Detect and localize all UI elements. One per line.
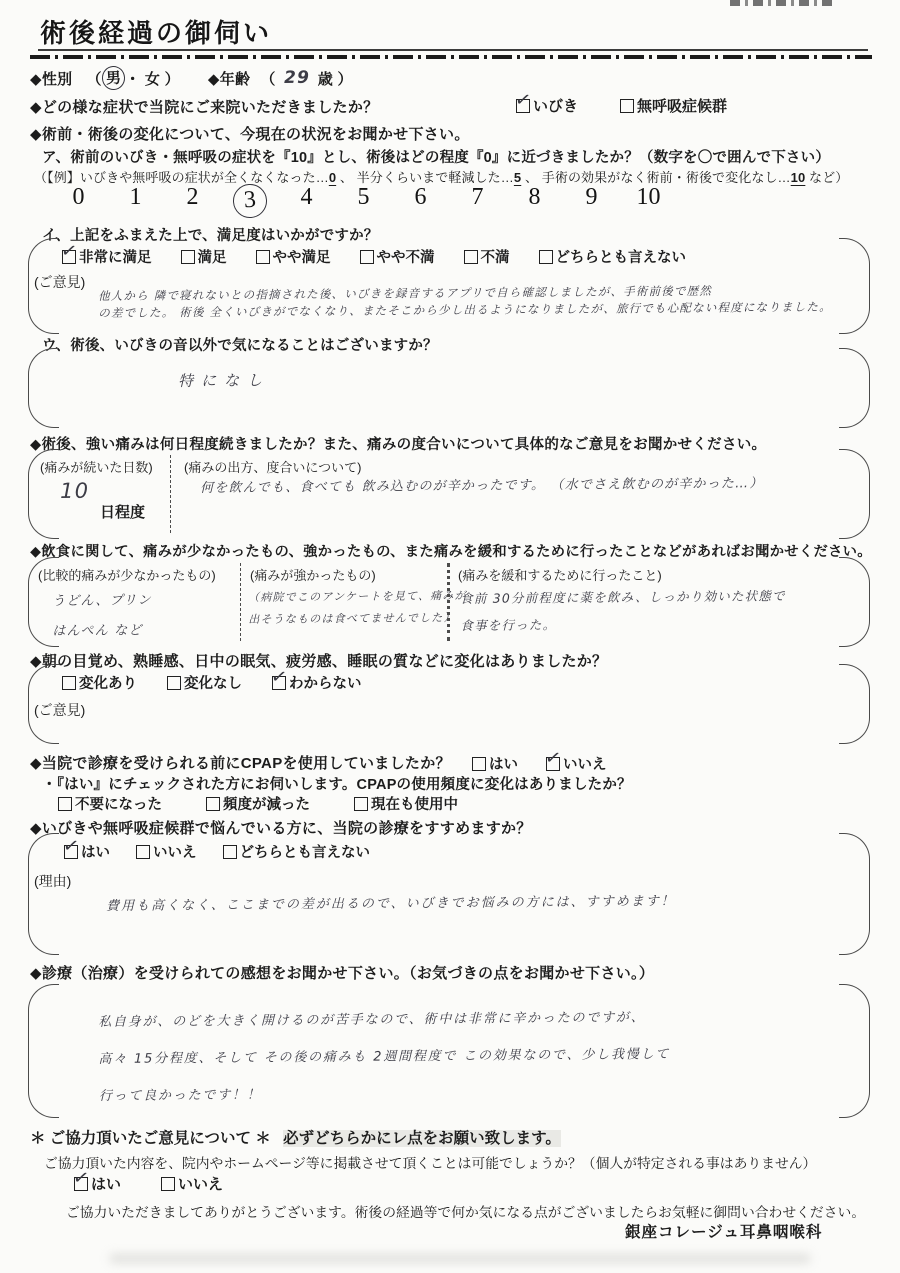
checkbox-dissatisfied[interactable] (464, 250, 478, 264)
option-label: 不要になった (75, 793, 162, 814)
recommend-option[interactable]: どちらとも言えない (223, 841, 371, 862)
option-label: 満足 (198, 246, 227, 267)
sleep-option[interactable]: わからない (272, 672, 362, 693)
pain-days-value-handwritten: 10 (60, 479, 89, 503)
symptom-option-ibiki[interactable]: いびき (516, 95, 578, 116)
scale-number-4[interactable]: 4 (278, 184, 335, 218)
thanks-line: ご協力いただきましてありがとうございます。術後の経過等で何か気になる点がございま… (66, 1201, 865, 1221)
consent-option-yes[interactable]: はい (74, 1173, 121, 1194)
dash-dot-rule (30, 55, 872, 59)
satisfaction-options: 非常に満足 満足 やや満足 やや不満 不満 どちらとも言えない (62, 246, 686, 267)
sleep-opinion-label: (ご意見) (34, 700, 85, 720)
scale-number-6[interactable]: 6 (392, 184, 449, 218)
option-label: どちらとも言えない (556, 246, 687, 267)
eating-more-label: (痛みが強かったもの) (250, 565, 376, 584)
option-label: 非常に満足 (79, 246, 152, 267)
symptom-options: いびき 無呼吸症候群 (516, 95, 727, 116)
cpap-sub-options: 不要になった 頻度が減った 現在も使用中 (58, 793, 458, 814)
consent-option-no[interactable]: いいえ (161, 1173, 223, 1194)
eating-box: (比較的痛みが少なかったもの) うどん、プリン はんぺん など (痛みが強かった… (28, 557, 870, 647)
checkbox-somewhat-dissatisfied[interactable] (360, 250, 374, 264)
footer-note-line: ＊ ご協力頂いたご意見について ＊ 必ずどちらかにレ点をお願い致します。 (30, 1126, 561, 1148)
option-label: どちらとも言えない (240, 841, 371, 862)
gender-rest: ・ 女 ） (125, 68, 180, 89)
pain-box: (痛みが続いた日数) 10 日程度 (痛みの出方、度合いについて) 何を飲んでも… (28, 449, 870, 539)
checkbox-cpap-no[interactable] (546, 757, 560, 771)
eating-divider-2 (447, 563, 450, 641)
footer-note-strong: 必ずどちらかにレ点をお願い致します。 (283, 1130, 561, 1147)
option-label: はい (91, 1173, 121, 1194)
checkbox-recommend-no[interactable] (136, 845, 150, 859)
opinion-label: (ご意見) (34, 272, 85, 292)
satisfaction-option[interactable]: やや満足 (256, 246, 331, 267)
cpap-row: ◆当院で診療を受けられる前にCPAPを使用していましたか？ はい いいえ (30, 752, 870, 773)
pain-days-label: (痛みが続いた日数) (40, 457, 153, 476)
option-label: はい (81, 841, 110, 862)
recommend-options: はい いいえ どちらとも言えない (64, 841, 370, 862)
example-part3: 、 手術の効果がなく術前・術後で変化なし… (521, 170, 790, 185)
consent-options: はい いいえ (74, 1173, 223, 1194)
other-concerns-box: 特になし (28, 348, 870, 428)
scale-number-2[interactable]: 2 (164, 184, 221, 218)
gender-male-circled[interactable]: 男 (101, 65, 126, 90)
age-close: 歳 ） (318, 68, 353, 89)
checkbox-neither[interactable] (539, 250, 553, 264)
scale-number-5[interactable]: 5 (335, 184, 392, 218)
symptom-question: ◆どの様な症状で当院にご来院いただきましたか？ (30, 96, 378, 117)
example-part2: 、 半分くらいまで軽減した… (336, 170, 514, 185)
checkbox-ibiki[interactable] (516, 99, 530, 113)
scale-number-8[interactable]: 8 (506, 184, 563, 218)
reason-label: (理由) (34, 871, 71, 891)
age-value-handwritten: 29 (284, 68, 310, 88)
checkbox-very-satisfied[interactable] (62, 250, 76, 264)
pain-days-unit: 日程度 (100, 501, 145, 522)
cpap-sub-option[interactable]: 不要になった (58, 793, 162, 814)
age-paren-open: （ (260, 68, 275, 89)
change-question-a: ア、術前のいびき・無呼吸の症状を『10』とし、術後はどの程度『0』に近づきました… (42, 146, 830, 167)
example-num-10: 10 (791, 170, 806, 185)
gender-age-row: ◆性別 （ 男 ・ 女 ） ◆年齢 （ 29 歳 ） (30, 66, 353, 90)
footer-note-prefix: ＊ ご協力頂いたご意見について ＊ (30, 1130, 271, 1147)
sleep-options: 変化あり 変化なし わからない (62, 672, 362, 693)
scan-cutoff-mark (730, 0, 835, 6)
checkbox-somewhat-satisfied[interactable] (256, 250, 270, 264)
scale-number-3-wrap[interactable]: 3 (221, 184, 278, 218)
clinic-name: 銀座コレージュ耳鼻咽喉科 (625, 1220, 822, 1242)
scale-number-7[interactable]: 7 (449, 184, 506, 218)
pain-box-divider (170, 455, 171, 533)
change-heading: ◆術前・術後の変化について、今現在の状況をお聞かせ下さい。 (30, 123, 470, 144)
checkbox-no-change[interactable] (167, 676, 181, 690)
scan-smudge (110, 1254, 810, 1263)
checkbox-cpap-yes[interactable] (472, 757, 486, 771)
satisfaction-option[interactable]: 不満 (464, 246, 510, 267)
recommend-box: はい いいえ どちらとも言えない (理由) 費用も高くなく、ここまでの差が出るの… (28, 833, 870, 955)
option-label: 頻度が減った (223, 793, 310, 814)
checkbox-unknown[interactable] (272, 676, 286, 690)
consent-question: ご協力頂いた内容を、院内やホームページ等に掲載させて頂くことは可能でしょうか？（… (44, 1152, 816, 1172)
option-label: 不満 (481, 246, 510, 267)
satisfaction-option[interactable]: どちらとも言えない (539, 246, 687, 267)
recommend-option[interactable]: いいえ (136, 841, 197, 862)
eating-relief-label: (痛みを緩和するために行ったこと) (458, 565, 662, 584)
scale-number-9[interactable]: 9 (563, 184, 620, 218)
checkbox-consent-yes[interactable] (74, 1177, 88, 1191)
option-label: はい (489, 753, 518, 774)
cpap-option-yes[interactable]: はい (472, 753, 518, 774)
eating-less-label: (比較的痛みが少なかったもの) (38, 565, 216, 584)
option-label: いいえ (178, 1173, 223, 1194)
symptom-option-label: いびき (533, 95, 578, 116)
symptom-option-label: 無呼吸症候群 (637, 95, 727, 116)
checkbox-less-frequent[interactable] (206, 797, 220, 811)
option-label: わからない (289, 672, 362, 693)
checkbox-consent-no[interactable] (161, 1177, 175, 1191)
cpap-sub-option[interactable]: 現在も使用中 (354, 793, 458, 814)
gender-paren-open: （ (86, 68, 101, 89)
symptom-option-apnea[interactable]: 無呼吸症候群 (620, 95, 727, 116)
option-label: やや不満 (377, 246, 435, 267)
pain-detail-label: (痛みの出方、度合いについて) (184, 457, 361, 476)
option-label: やや満足 (273, 246, 331, 267)
cpap-option-no[interactable]: いいえ (546, 753, 607, 774)
checkbox-recommend-yes[interactable] (64, 845, 78, 859)
option-label: 変化あり (79, 672, 137, 693)
satisfaction-box: 非常に満足 満足 やや満足 やや不満 不満 どちらとも言えない (ご意見) 他人… (28, 238, 870, 334)
example-part4: など） (805, 170, 848, 185)
option-label: いいえ (153, 841, 197, 862)
eating-less-handwritten: うどん、プリン はんぺん など (52, 586, 152, 647)
checkbox-still-using[interactable] (354, 797, 368, 811)
satisfaction-option[interactable]: 満足 (181, 246, 227, 267)
checkbox-recommend-neither[interactable] (223, 845, 237, 859)
page-title: 術後経過の御伺い (40, 13, 272, 50)
severity-scale: 0 1 2 3 4 5 6 7 8 9 10 (50, 184, 677, 218)
sleep-box: 変化あり 変化なし わからない (ご意見) (28, 664, 870, 744)
impression-handwritten: 私自身が、のどを大きく開けるのが苦手なので、術中は非常に辛かったのですが、 高々… (98, 998, 839, 1115)
recommend-option[interactable]: はい (64, 841, 110, 862)
scale-number-3-circled[interactable]: 3 (231, 183, 267, 219)
scale-number-1[interactable]: 1 (107, 184, 164, 218)
checkbox-no-longer-needed[interactable] (58, 797, 72, 811)
sleep-option[interactable]: 変化あり (62, 672, 137, 693)
sleep-option[interactable]: 変化なし (167, 672, 242, 693)
gender-label: ◆性別 (30, 68, 72, 89)
checkbox-apnea[interactable] (620, 99, 634, 113)
cpap-sub-option[interactable]: 頻度が減った (206, 793, 310, 814)
scanned-questionnaire-page: 術後経過の御伺い ◆性別 （ 男 ・ 女 ） ◆年齢 （ 29 歳 ） ◆どの様… (0, 0, 900, 1273)
option-label: 変化なし (184, 672, 242, 693)
impression-heading: ◆診療（治療）を受けられての感想をお聞かせ下さい。（お気づきの点をお聞かせ下さい… (30, 962, 654, 983)
cpap-sub-question: ・『はい』にチェックされた方にお伺いします。CPAPの使用頻度に変化はありました… (42, 773, 632, 794)
cpap-question: ◆当院で診療を受けられる前にCPAPを使用していましたか？ (30, 755, 451, 772)
checkbox-satisfied[interactable] (181, 250, 195, 264)
satisfaction-option[interactable]: やや不満 (360, 246, 435, 267)
option-label: いいえ (563, 753, 607, 774)
option-label: 現在も使用中 (371, 793, 458, 814)
title-underline (38, 49, 868, 51)
reason-handwritten: 費用も高くなく、ここまでの差が出るので、いびきでお悩みの方には、すすめます！ (106, 889, 826, 914)
example-part1: （【例】いびきや無呼吸の症状が全くなくなった… (34, 170, 329, 185)
scale-number-0[interactable]: 0 (50, 184, 107, 218)
other-concerns-answer-handwritten: 特になし (178, 369, 270, 391)
scale-number-10[interactable]: 10 (620, 184, 677, 218)
impression-box: 私自身が、のどを大きく開けるのが苦手なので、術中は非常に辛かったのですが、 高々… (28, 984, 870, 1118)
eating-more-handwritten: （病院でこのアンケートを見て、痛みが 出そうなものは食べてませんでした） (248, 585, 467, 631)
satisfaction-opinion-handwritten: 他人から 隣で寝れないとの指摘された後、いびきを録音するアプリで自ら確認しました… (98, 281, 878, 322)
eating-relief-handwritten: 食前 30分前程度に薬を飲み、しっかり効いた状態で 食事を行った。 (460, 582, 786, 639)
eating-divider-1 (240, 563, 241, 641)
age-label: ◆年齢 (208, 68, 250, 89)
satisfaction-option[interactable]: 非常に満足 (62, 246, 152, 267)
checkbox-changed[interactable] (62, 676, 76, 690)
